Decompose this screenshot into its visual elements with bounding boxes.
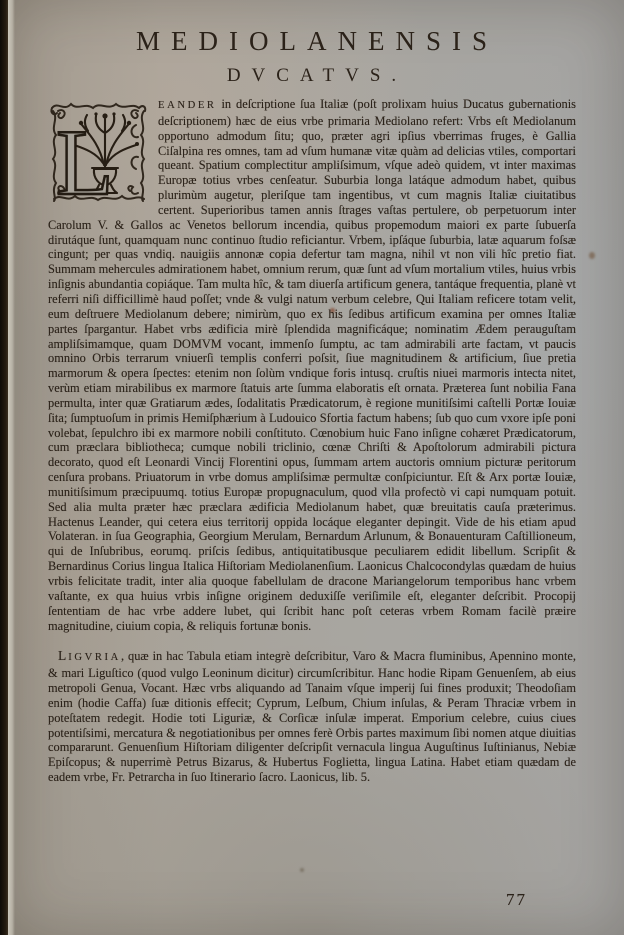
- paragraph-initial: L: [58, 648, 68, 663]
- page-content: MEDIOLANENSIS DVCATVS.: [0, 0, 624, 935]
- page-subtitle: DVCATVS.: [40, 65, 594, 87]
- paragraph-liguria: LIGVRIA, quæ in hac Tabula etiam integrè…: [48, 649, 576, 785]
- page-title: MEDIOLANENSIS: [40, 26, 594, 57]
- ornamental-initial-woodcut: L: [48, 99, 149, 205]
- paragraph-text: , quæ in hac Tabula etiam integrè deſcri…: [48, 649, 576, 784]
- woodcut-ornament-svg: L: [48, 99, 149, 205]
- lead-word: IGVRIA: [68, 652, 121, 663]
- body-text-block: L EANDER in deſcriptione ſua Italiæ (poſ…: [48, 97, 576, 785]
- page-number: 77: [506, 890, 566, 910]
- drop-cap-letter: L: [56, 111, 113, 205]
- paragraph-mediolanum: L EANDER in deſcriptione ſua Italiæ (poſ…: [48, 97, 576, 633]
- lead-word: EANDER: [158, 100, 217, 111]
- book-page-photo: MEDIOLANENSIS DVCATVS.: [0, 0, 624, 935]
